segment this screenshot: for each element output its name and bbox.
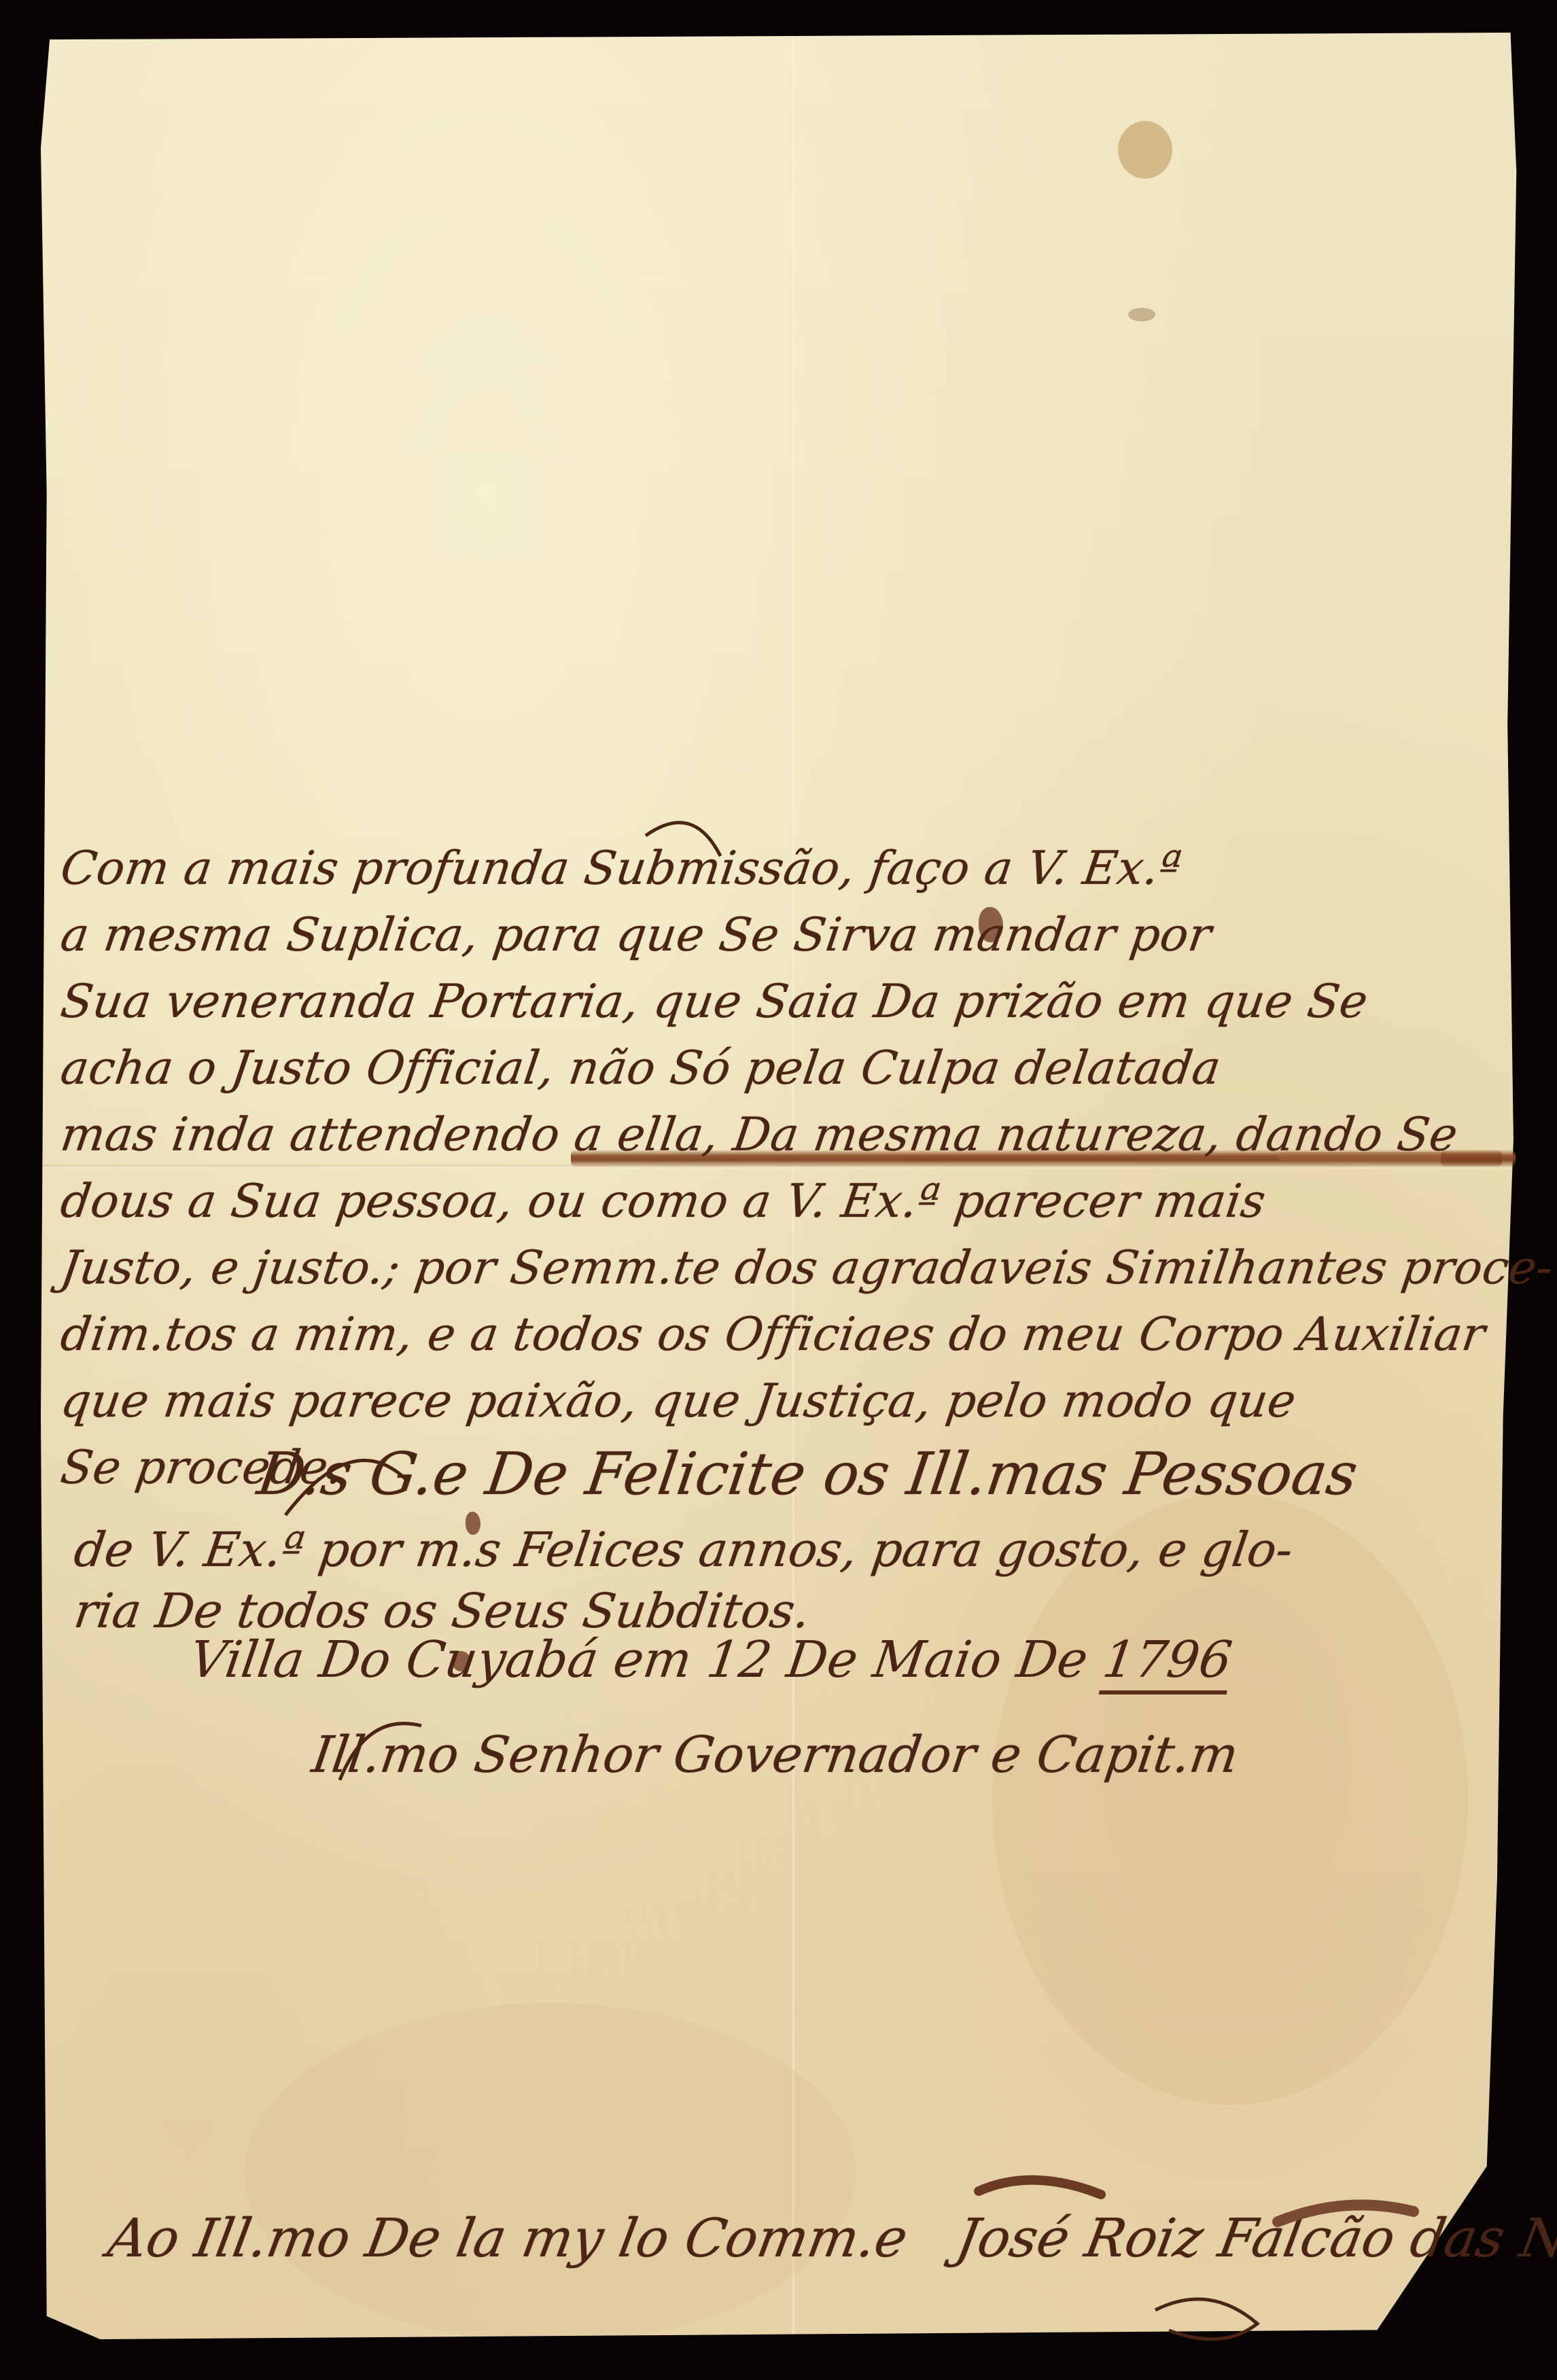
closing-line: de V. Ex.ª por m.s Felices annos, para g… — [71, 1522, 1296, 1578]
addressee: Ill.mo Senhor Governador e Capit.m — [309, 1726, 1242, 1784]
body-line: Com a mais profunda Submissão, faço a V.… — [56, 836, 1153, 902]
signature-name: José Roiz Falcão das Neves — [952, 2208, 1557, 2269]
body-line: que mais parece paixão, que Justiça, pel… — [56, 1368, 1153, 1435]
signature: Ao Ill.mo De la my lo Comm.e José Roiz F… — [103, 2208, 1557, 2269]
body-line: acha o Justo Official, não Só pela Culpa… — [56, 1035, 1153, 1102]
body-line: a mesma Suplica, para que Se Sirva manda… — [56, 902, 1153, 969]
body-line: Sua veneranda Portaria, que Saia Da priz… — [56, 969, 1153, 1035]
stain-spot — [245, 2003, 856, 2343]
body-line: mas inda attendendo a ella, Da mesma nat… — [56, 1102, 1153, 1169]
petition-body: Com a mais profunda Submissão, faço a V.… — [61, 836, 1149, 1502]
dateline: Villa Do Cuyabá em 12 De Maio De 1796 — [186, 1631, 1236, 1689]
signature-prefix: Ao Ill.mo De la my lo Comm.e — [103, 2208, 912, 2269]
dateline-place: Villa Do Cuyabá em 12 De Maio De — [186, 1631, 1091, 1689]
stain-spot — [1118, 121, 1172, 179]
stain-spot — [1128, 308, 1155, 321]
dateline-year: 1796 — [1098, 1631, 1236, 1694]
closing-blessing: D.s G.e De Felicite os Ill.mas Pessoas — [253, 1440, 1362, 1508]
body-line: dim.tos a mim, e a todos os Officiaes do… — [56, 1302, 1153, 1368]
stain-spot — [992, 1493, 1468, 2105]
body-line: Justo, e justo.; por Semm.te dos agradav… — [56, 1235, 1153, 1302]
body-line: dous a Sua pessoa, ou como a V. Ex.ª par… — [56, 1169, 1153, 1235]
